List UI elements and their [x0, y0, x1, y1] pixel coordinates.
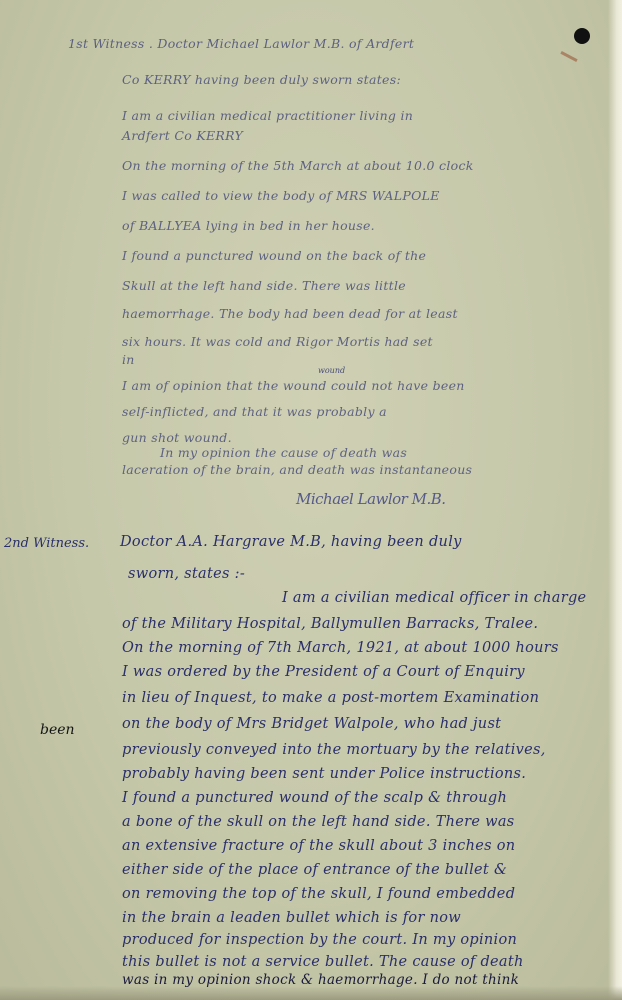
- witness2-line: On the morning of 7th March, 1921, at ab…: [122, 640, 559, 656]
- witness1-line: Co KERRY having been duly sworn states:: [122, 72, 401, 87]
- witness1-line: gun shot wound.: [122, 430, 232, 445]
- witness2-line: in lieu of Inquest, to make a post-morte…: [122, 690, 539, 706]
- witness2-line: I was ordered by the President of a Cour…: [122, 664, 525, 680]
- witness1-line: laceration of the brain, and death was i…: [122, 462, 472, 477]
- witness1-line: Skull at the left hand side. There was l…: [122, 278, 406, 293]
- witness2-line: an extensive fracture of the skull about…: [122, 838, 515, 854]
- paper-edge-bottom: [0, 986, 622, 1000]
- witness2-line: a bone of the skull on the left hand sid…: [122, 814, 515, 830]
- witness2-line: was in my opinion shock & haemorrhage. I…: [122, 972, 519, 988]
- witness1-line: On the morning of the 5th March at about…: [122, 158, 474, 173]
- punch-hole: [574, 28, 590, 44]
- witness1-line: of BALLYEA lying in bed in her house.: [122, 218, 375, 233]
- witness1-line: six hours. It was cold and Rigor Mortis …: [122, 334, 433, 349]
- witness1-line: In my opinion the cause of death was: [160, 445, 407, 460]
- witness2-line: this bullet is not a service bullet. The…: [122, 954, 524, 970]
- margin-insertion: been: [40, 722, 75, 738]
- insertion-note: wound: [318, 366, 345, 375]
- witness2-line: of the Military Hospital, Ballymullen Ba…: [122, 616, 538, 632]
- witness2-line: produced for inspection by the court. In…: [122, 932, 517, 948]
- paper-edge: [608, 0, 622, 1000]
- witness2-line: I am a civilian medical officer in charg…: [282, 590, 586, 606]
- witness2-line: either side of the place of entrance of …: [122, 862, 507, 878]
- witness1-line: self-inflicted, and that it was probably…: [122, 404, 387, 419]
- witness2-line: on removing the top of the skull, I foun…: [122, 886, 515, 902]
- witness2-line: on the body of Mrs Bridget Walpole, who …: [122, 716, 501, 732]
- witness2-line: probably having been sent under Police i…: [122, 766, 526, 782]
- witness1-line: Ardfert Co KERRY: [122, 128, 243, 143]
- margin-label-witness2: 2nd Witness.: [4, 536, 89, 551]
- document-page: 1st Witness . Doctor Michael Lawlor M.B.…: [0, 0, 622, 1000]
- witness1-line: 1st Witness . Doctor Michael Lawlor M.B.…: [68, 36, 414, 51]
- witness1-line: I found a punctured wound on the back of…: [122, 248, 426, 263]
- witness2-line: Doctor A.A. Hargrave M.B, having been du…: [120, 534, 462, 550]
- witness1-line: haemorrhage. The body had been dead for …: [122, 306, 458, 321]
- witness2-line: I found a punctured wound of the scalp &…: [122, 790, 507, 806]
- witness2-line: previously conveyed into the mortuary by…: [122, 742, 546, 758]
- witness2-line: sworn, states :-: [128, 566, 245, 582]
- witness1-line: I am of opinion that the wound could not…: [122, 378, 465, 393]
- witness1-line: I am a civilian medical practitioner liv…: [122, 108, 413, 123]
- witness1-line: in: [122, 352, 135, 367]
- rust-stain: [560, 51, 577, 62]
- signature: Michael Lawlor M.B.: [296, 490, 446, 508]
- witness2-line: in the brain a leaden bullet which is fo…: [122, 910, 461, 926]
- witness1-line: I was called to view the body of MRS WAL…: [122, 188, 440, 203]
